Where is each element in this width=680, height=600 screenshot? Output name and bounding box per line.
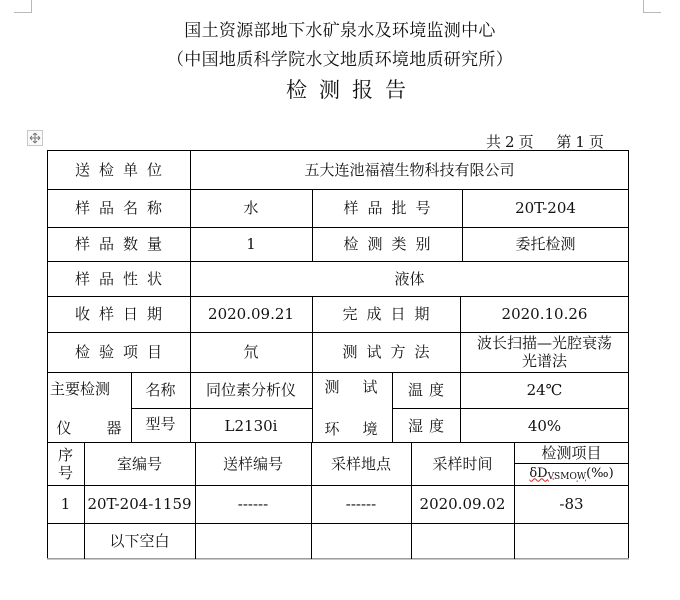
page-total: 2 [505,133,515,151]
env-label-line1b: 试 [360,374,380,400]
report-title: 检测报告 [0,74,680,104]
page-current-suffix: 页 [589,133,604,151]
row1-seq: 1 [47,485,84,523]
instrument-name-label: 名称 [131,372,190,408]
seq-header-line2: 号 [58,464,73,482]
organization-subname: （中国地质科学院水文地质环境地质研究所） [0,45,680,70]
test-method-value: 波长扫描—光腔衰荡 光谱法 [460,332,629,372]
column-header-seq: 序 号 [47,442,84,485]
instrument-label-line1: 主要检测 [50,374,130,404]
sample-state-label: 样品性状 [47,261,190,296]
table-bottom-edge [47,558,629,560]
received-date-value: 2020.09.21 [190,296,312,332]
humidity-value: 40% [460,408,629,443]
batch-no-value: 20T-204 [462,189,629,227]
env-label-line1a: 测 [322,374,342,400]
sample-state-value: 液体 [190,261,629,296]
instrument-model-value: L2130i [190,408,312,443]
sample-qty-label: 样品数量 [47,227,190,261]
completed-date-label: 完成日期 [312,296,460,332]
page-corner-mark-right [643,0,661,13]
submitting-unit-value: 五大连池福禧生物科技有限公司 [190,150,629,189]
sample-qty-value: 1 [190,227,312,261]
delta-d-unit: (‰) [586,466,614,482]
page-total-suffix: 页 [519,133,534,151]
env-label-line2a: 环 [322,416,342,442]
page-total-prefix: 共 [486,133,501,151]
row1-value: -83 [514,485,629,523]
row1-sample-time: 2020.09.02 [411,485,514,523]
temperature-value: 24℃ [460,372,629,408]
humidity-label: 湿度 [392,408,460,443]
page-counter: 共2页 第1页 [486,131,608,152]
row2-sample-time [411,523,514,558]
test-type-value: 委托检测 [462,227,629,261]
test-method-line2: 光谱法 [522,352,567,370]
sample-name-label: 样品名称 [47,189,190,227]
row2-send-no [195,523,311,558]
delta-d-prefix: δD [529,466,547,481]
column-header-sample-time: 采样时间 [411,442,514,485]
column-header-test-item: 检测项目 [514,442,629,463]
move-arrows-icon[interactable] [27,130,43,146]
instrument-name-value: 同位素分析仪 [190,372,312,408]
sample-name-value: 水 [190,189,312,227]
row2-lab-no: 以下空白 [84,523,195,558]
column-header-delta-d: δDVSMOW(‰) [514,463,629,485]
row1-lab-no: 20T-204-1159 [84,485,195,523]
batch-no-label: 样品批号 [312,189,462,227]
row2-location [311,523,411,558]
submitting-unit-label: 送检单位 [47,150,190,189]
page-corner-mark-left [14,0,32,13]
row2-value [514,523,629,558]
test-method-label: 测试方法 [312,332,460,372]
delta-d-label: δDVSMOW [529,466,586,483]
received-date-label: 收样日期 [47,296,190,332]
test-method-line1: 波长扫描—光腔衰荡 [477,334,612,352]
test-item-value: 氘 [190,332,312,372]
column-header-send-no: 送样编号 [195,442,311,485]
column-header-lab-no: 室编号 [84,442,195,485]
row2-seq [47,523,84,558]
page-current: 1 [575,133,585,151]
completed-date-value: 2020.10.26 [460,296,629,332]
row1-send-no: ------ [195,485,311,523]
instrument-label-line2b: 器 [104,414,124,442]
test-type-label: 检测类别 [312,227,462,261]
temperature-label: 温度 [392,372,460,408]
page-current-prefix: 第 [556,133,571,151]
env-label-line2b: 境 [360,416,380,442]
instrument-label-line2a: 仪 [54,414,74,442]
column-header-location: 采样地点 [311,442,411,485]
instrument-model-label: 型号 [131,408,190,440]
test-item-label: 检验项目 [47,332,190,372]
seq-header-line1: 序 [58,446,73,464]
organization-name: 国土资源部地下水矿泉水及环境监测中心 [0,16,680,41]
delta-d-subscript: VSMOW [548,472,587,482]
row1-location: ------ [311,485,411,523]
